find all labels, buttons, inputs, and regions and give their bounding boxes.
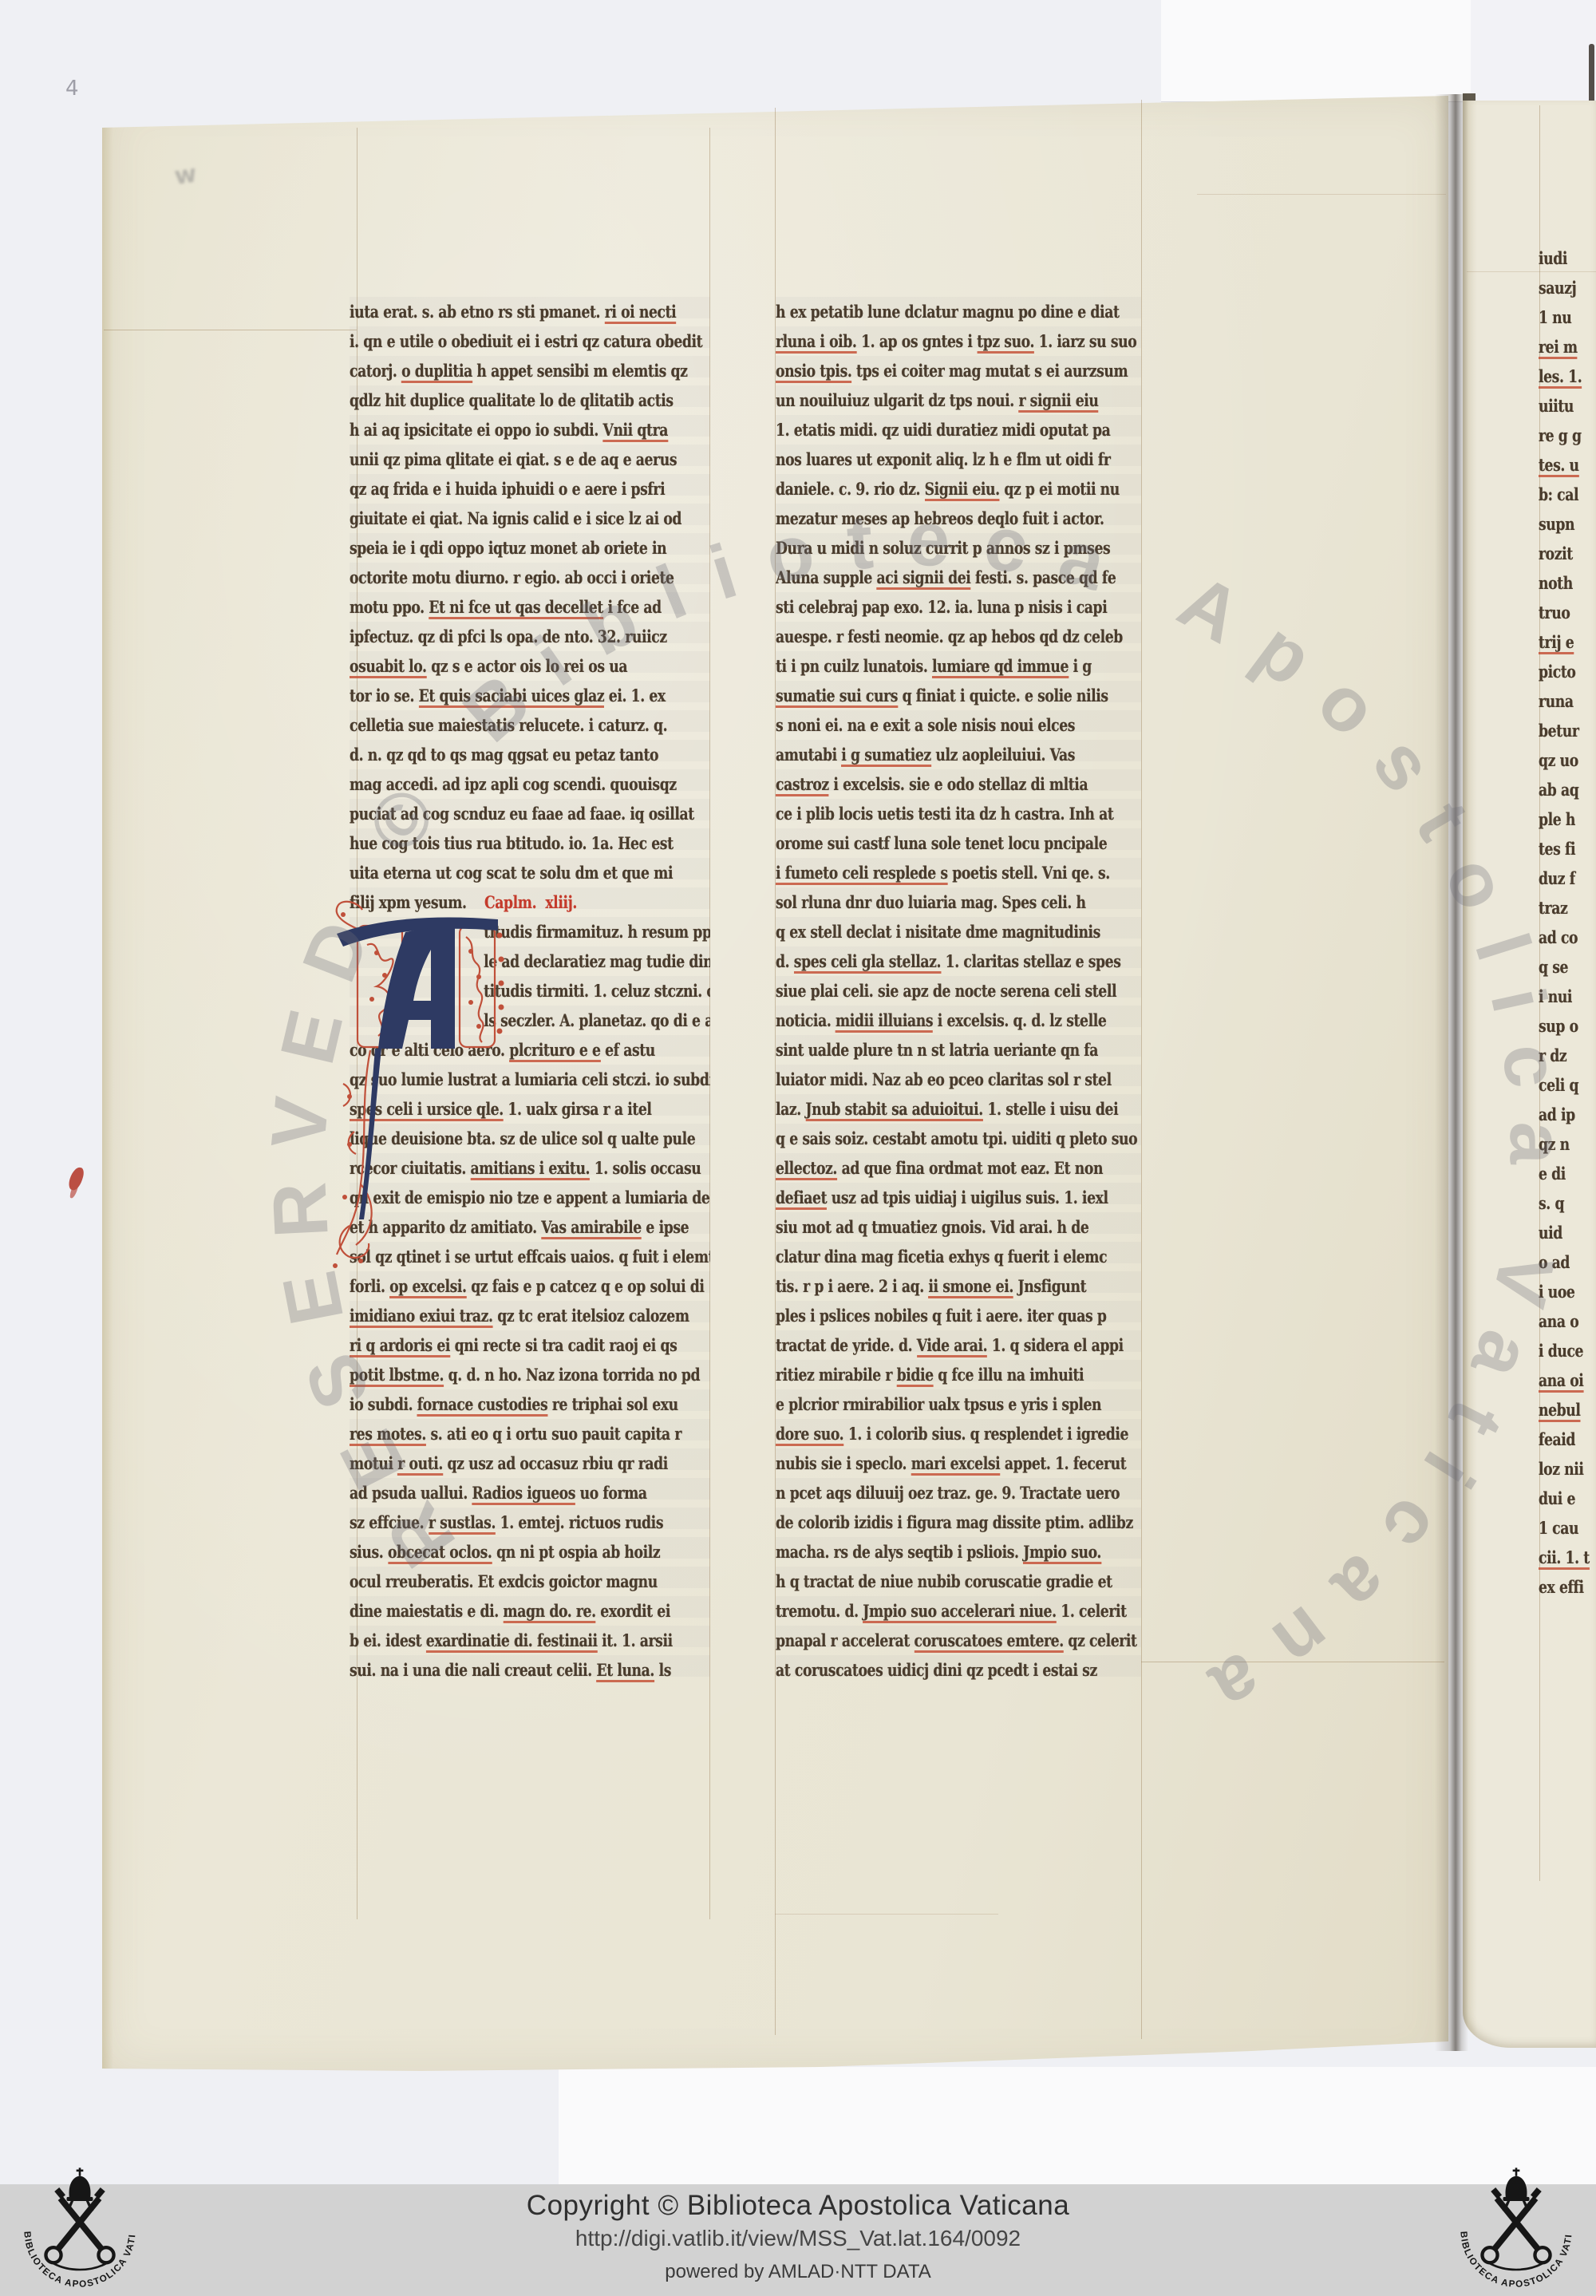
manuscript-text-line: catorj. o duplitia h appet sensibi m ele… (350, 356, 646, 385)
manuscript-text-line: trij e (1539, 627, 1586, 657)
manuscript-text-line: h ai aq ipsicitate ei oppo io subdi. Vni… (350, 415, 646, 445)
manuscript-text-line: iudi (1539, 243, 1586, 273)
manuscript-text-line: ana oi (1539, 1365, 1586, 1395)
manuscript-text-line: ocul rreuberatis. Et exdcis goictor magn… (350, 1567, 646, 1596)
manuscript-text-line: rei m (1539, 332, 1586, 362)
manuscript-text-line: castroz i excelsis. sie e odo stellaz di… (776, 769, 1076, 799)
manuscript-text-line: uid (1539, 1218, 1586, 1247)
manuscript-text-line: noth (1539, 568, 1586, 598)
manuscript-text-line: siu mot ad q tmuatiez gnois. Vid arai. h… (776, 1212, 1076, 1242)
manuscript-text-line: un nouiluiuz ulgarit dz tps noui. r sign… (776, 385, 1076, 415)
manuscript-text-line: ce i plib locis uetis testi ita dz h cas… (776, 799, 1076, 828)
manuscript-text-line: i fumeto celi resplede s poetis stell. V… (776, 858, 1076, 887)
manuscript-text-line: ple h (1539, 804, 1586, 834)
text-column-right: h ex petatib lune dclatur magnu po dine … (776, 297, 1141, 1685)
frame-number-mark: 4 (65, 77, 79, 101)
vatican-library-logo-right: BIBLIOTECA APOSTOLICA VATICANA (1436, 2164, 1596, 2296)
manuscript-text-line: h q tractat de niue nubib coruscatie gra… (776, 1567, 1076, 1596)
manuscript-text-line: i duce (1539, 1336, 1586, 1365)
manuscript-text-line: qz aq frida e i huida iphuidi o e aere i… (350, 474, 646, 504)
manuscript-text-line: potit lbstme. q. d. n ho. Naz izona torr… (350, 1360, 646, 1389)
ruling-line-horizontal (1197, 194, 1446, 195)
manuscript-text-line: 1 nu (1539, 302, 1586, 332)
manuscript-text-line: dine maiestatis e di. magn do. re. exord… (350, 1596, 646, 1626)
manuscript-text-line: onsio tpis. tps ei coiter mag mutat s ei… (776, 356, 1076, 385)
manuscript-text-line: 1 cau (1539, 1513, 1586, 1543)
manuscript-text-line: tis. r p i aere. 2 i aq. ii smone ei. Jn… (776, 1271, 1076, 1301)
manuscript-text-line: tor io se. Et quis saciabi uices glaz ei… (350, 681, 646, 710)
manuscript-text-line: tremotu. d. Jmpio suo accelerari niue. 1… (776, 1596, 1076, 1626)
manuscript-text-line: re g g (1539, 421, 1586, 450)
manuscript-text-line: octorite motu diurno. r egio. ab occi i … (350, 563, 646, 592)
manuscript-text-line: i uoe (1539, 1277, 1586, 1306)
manuscript-text-line: celi q (1539, 1070, 1586, 1100)
manuscript-text-line: siue plai celi. sie apz de nocte serena … (776, 976, 1076, 1006)
manuscript-text-line: sol rluna dnr duo luiaria mag. Spes celi… (776, 887, 1076, 917)
backdrop-top-strip (1471, 0, 1596, 101)
manuscript-text-line: d. n. qz qd to qs mag qgsat eu petaz tan… (350, 740, 646, 769)
manuscript-text-line: motu ppo. Et ni fce ut qas decellet i fc… (350, 592, 646, 622)
manuscript-text-line: rluna i oib. 1. ap os gntes i tpz suo. 1… (776, 326, 1076, 356)
manuscript-text-line: unii qz pima qlitate ei qiat. s e de aq … (350, 445, 646, 474)
manuscript-text-line: traz (1539, 893, 1586, 923)
manuscript-text-line: laz. Jnub stabit sa aduioitui. 1. stelle… (776, 1094, 1076, 1124)
manuscript-text-line: de colorib izidis i figura mag dissite p… (776, 1508, 1076, 1537)
text-column-next-folio: iudisauzj1 nurei mles. 1.uiiture g gtes.… (1539, 243, 1596, 1602)
red-ink-stain (67, 1165, 86, 1191)
manuscript-text-line: noticia. midii illuians i excelsis. q. d… (776, 1006, 1076, 1035)
manuscript-text-line: qz uo (1539, 745, 1586, 775)
manuscript-text-line: duz f (1539, 863, 1586, 893)
manuscript-text-line: rozit (1539, 539, 1586, 568)
manuscript-text-line: Dura u midi n soluz currit p annos sz i … (776, 533, 1076, 563)
manuscript-text-line: loz nii (1539, 1454, 1586, 1484)
manuscript-text-line: b ei. idest exardinatie di. festinaii it… (350, 1626, 646, 1655)
manuscript-text-line: r dz (1539, 1041, 1586, 1070)
manuscript-text-line: sz effciue. r sustlas. 1. emtej. rictuos… (350, 1508, 646, 1537)
ruling-line-horizontal (775, 1914, 998, 1915)
manuscript-text-line: supn (1539, 509, 1586, 539)
manuscript-text-line: tes fi (1539, 834, 1586, 863)
manuscript-text-line: ab aq (1539, 775, 1586, 804)
svg-text:BIBLIOTECA APOSTOLICA VATICANA: BIBLIOTECA APOSTOLICA VATICANA (22, 2223, 137, 2290)
manuscript-text-line: sumatie sui curs q finiat i quicte. e so… (776, 681, 1076, 710)
ruling-line-horizontal (104, 330, 357, 330)
manuscript-text-line: les. 1. (1539, 362, 1586, 391)
manuscript-text-line: Aluna supple aci signii dei festi. s. pa… (776, 563, 1076, 592)
manuscript-text-line: ad psuda uallui. Radios igueos uo forma (350, 1478, 646, 1508)
manuscript-text-line: picto (1539, 657, 1586, 686)
manuscript-text-line: h ex petatib lune dclatur magnu po dine … (776, 297, 1076, 326)
manuscript-text-line: ipfectuz. qz di pfci ls opa. de nto. 32.… (350, 622, 646, 651)
manuscript-text-line: tes. u (1539, 450, 1586, 480)
manuscript-text-line: ri q ardoris ei qni recte si tra cadit r… (350, 1330, 646, 1360)
manuscript-text-line: mezatur meses ap hebreos deqlo fuit i ac… (776, 504, 1076, 533)
manuscript-text-line: macha. rs de alys seqtib i psliois. Jmpi… (776, 1537, 1076, 1567)
manuscript-text-line: uita eterna ut cog scat te solu dm et qu… (350, 858, 646, 887)
manuscript-text-line: nos luares ut exponit aliq. lz h e flm u… (776, 445, 1076, 474)
manuscript-text-line: sius. obcecat oclos. qn ni pt ospia ab h… (350, 1537, 646, 1567)
manuscript-text-line: iuta erat. s. ab etno rs sti pmanet. ri … (350, 297, 646, 326)
manuscript-text-line: ad co (1539, 923, 1586, 952)
manuscript-text-line: s noni ei. na e exit a sole nisis noui e… (776, 710, 1076, 740)
manuscript-text-line: res motes. s. ati eo q i ortu suo pauit … (350, 1419, 646, 1448)
manuscript-text-line: forli. op excelsi. qz fais e p catcez q … (350, 1271, 646, 1301)
manuscript-text-line: q se (1539, 952, 1586, 982)
manuscript-text-line: amutabi i g sumatiez ulz aopleiluiui. Va… (776, 740, 1076, 769)
binding-gutter-shadow (1435, 94, 1468, 2051)
source-url-line: http://digi.vatlib.it/view/MSS_Vat.lat.1… (0, 2226, 1596, 2251)
manuscript-text-line: motui r outi. qz usz ad occasuz rbiu qr … (350, 1448, 646, 1478)
manuscript-text-line: dui e (1539, 1484, 1586, 1513)
manuscript-text-line: betur (1539, 716, 1586, 745)
manuscript-text-line: at coruscatoes uidicj dini qz pcedt i es… (776, 1655, 1076, 1685)
manuscript-text-line: clatur dina mag ficetia exhys q fuerit i… (776, 1242, 1076, 1271)
manuscript-text-line: giuitate ei qiat. Na ignis calid e i sic… (350, 504, 646, 533)
manuscript-text-line: q ex stell declat i nisitate dme magnitu… (776, 917, 1076, 946)
manuscript-text-line: n pcet aqs diluuij oez traz. ge. 9. Trac… (776, 1478, 1076, 1508)
digitized-manuscript-scan: 4 w iuta erat. s. ab etno rs sti pmanet.… (0, 0, 1596, 2296)
manuscript-text-line: orome sui castf luna sole tenet locu pnc… (776, 828, 1076, 858)
manuscript-text-line: sup o (1539, 1011, 1586, 1041)
manuscript-text-line: io subdi. fornace custodies re triphai s… (350, 1389, 646, 1419)
manuscript-text-line: nubis sie i speclo. mari excelsi appet. … (776, 1448, 1076, 1478)
manuscript-text-line: speia ie i qdi oppo iqtuz monet ab oriet… (350, 533, 646, 563)
manuscript-text-line: i nui (1539, 982, 1586, 1011)
manuscript-text-line: ples i pslices nobiles q fuit i aere. it… (776, 1301, 1076, 1330)
manuscript-text-line: osuabit lo. qz s e actor ois lo rei os u… (350, 651, 646, 681)
manuscript-text-line: daniele. c. 9. rio dz. Signii eiu. qz p … (776, 474, 1076, 504)
manuscript-text-line: o ad (1539, 1247, 1586, 1277)
decorated-initial-A (326, 900, 509, 1275)
backdrop-white-sheet (1161, 0, 1471, 102)
manuscript-text-line: feaid (1539, 1425, 1586, 1454)
manuscript-text-line: defiaet usz ad tpis uidiaj i uigilus sui… (776, 1183, 1076, 1212)
manuscript-text-line: ti i pn cuilz lunatois. lumiare qd immue… (776, 651, 1076, 681)
manuscript-text-line: dore suo. 1. i colorib sius. q resplende… (776, 1419, 1076, 1448)
manuscript-text-line: ad ip (1539, 1100, 1586, 1129)
manuscript-text-line: 1. etatis midi. qz uidi duratiez midi op… (776, 415, 1076, 445)
copyright-line: Copyright © Biblioteca Apostolica Vatica… (0, 2190, 1596, 2222)
manuscript-text-line: i. qn e utile o obediuit ei i estri qz c… (350, 326, 646, 356)
manuscript-text-line: qdlz hit duplice qualitate lo de qlitati… (350, 385, 646, 415)
ruling-line-horizontal (1141, 1662, 1444, 1662)
manuscript-text-line: puciat ad cog scnduz eu faae ad faae. iq… (350, 799, 646, 828)
manuscript-text-line: sti celebraj pap exo. 12. ia. luna p nis… (776, 592, 1076, 622)
manuscript-text-line: d. spes celi gla stellaz. 1. claritas st… (776, 946, 1076, 976)
powered-by-line: powered by AMLAD·NTT DATA (0, 2261, 1596, 2283)
manuscript-text-line: runa (1539, 686, 1586, 716)
manuscript-text-line: e plcrior rmirabilior ualx tpsus e yris … (776, 1389, 1076, 1419)
manuscript-text-line: pnapal r accelerat coruscatoes emtere. q… (776, 1626, 1076, 1655)
manuscript-text-line: truo (1539, 598, 1586, 627)
manuscript-text-line: uiitu (1539, 391, 1586, 421)
manuscript-text-line: cii. 1. t (1539, 1543, 1586, 1572)
manuscript-text-line: luiator midi. Naz ab eo pceo claritas so… (776, 1065, 1076, 1094)
manuscript-text-line: auespe. r festi neomie. qz ap hebos qd d… (776, 622, 1076, 651)
manuscript-text-line: qz n (1539, 1129, 1586, 1159)
manuscript-text-line: sint ualde plure tn n st latria ueriante… (776, 1035, 1076, 1065)
manuscript-text-line: hue cog tois tius rua btitudo. io. 1a. H… (350, 828, 646, 858)
manuscript-text-line: celletia sue maiestatis relucete. i catu… (350, 710, 646, 740)
manuscript-text-line: s. q (1539, 1188, 1586, 1218)
manuscript-text-line: ana o (1539, 1306, 1586, 1336)
manuscript-text-line: sui. na i una die nali creaut celii. Et … (350, 1655, 646, 1685)
manuscript-text-line: mag accedi. ad ipz apli cog scendi. quou… (350, 769, 646, 799)
vatican-library-logo-left: BIBLIOTECA APOSTOLICA VATICANA (0, 2164, 160, 2296)
ruling-line-vertical (1141, 100, 1142, 2039)
svg-text:BIBLIOTECA APOSTOLICA VATICANA: BIBLIOTECA APOSTOLICA VATICANA (1458, 2223, 1574, 2290)
manuscript-text-line: b: cal (1539, 480, 1586, 509)
manuscript-text-line: e di (1539, 1159, 1586, 1188)
manuscript-text-line: q e sais soiz. cestabt amotu tpi. uiditi… (776, 1124, 1076, 1153)
manuscript-text-line: ex effi (1539, 1572, 1586, 1602)
manuscript-text-line: ellectoz. ad que fina ordmat mot eaz. Et… (776, 1153, 1076, 1183)
manuscript-text-line: sauzj (1539, 273, 1586, 302)
manuscript-text-line: imidiano exiui traz. qz tc erat itelsioz… (350, 1301, 646, 1330)
manuscript-text-line: ritiez mirabile r bidie q fce illu na im… (776, 1360, 1076, 1389)
manuscript-text-line: tractat de yride. d. Vide arai. 1. q sid… (776, 1330, 1076, 1360)
manuscript-text-line: nebul (1539, 1395, 1586, 1425)
